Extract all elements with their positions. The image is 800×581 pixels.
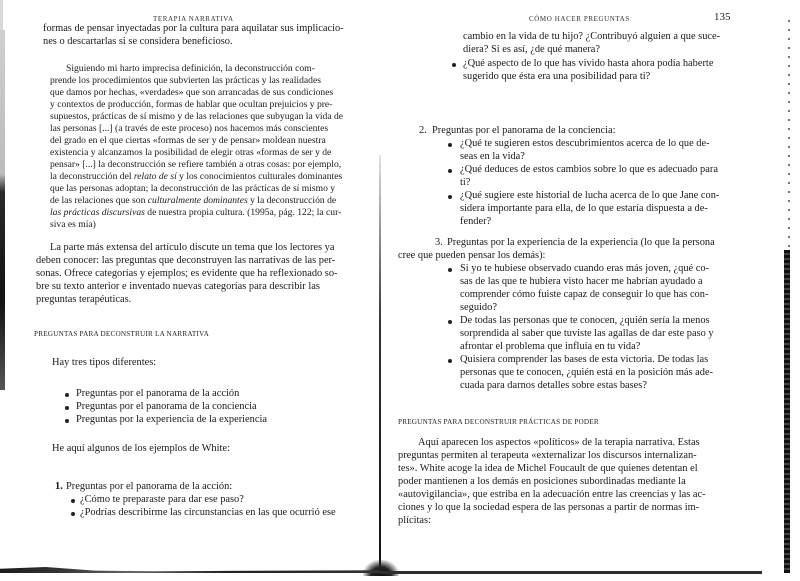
paragraph-line: sonas. Ofrece categorías y ejemplos; es …: [36, 267, 338, 280]
bullet-icon: [448, 359, 452, 363]
bullet-icon: [65, 393, 69, 397]
paragraph-line: Aquí aparecen los aspectos «políticos» d…: [418, 436, 700, 449]
list-item: Quisiera comprender las bases de esta vi…: [460, 353, 708, 366]
running-head: CÓMO HACER PREGUNTAS: [529, 15, 630, 23]
quote-line: las personas [...] (a través de este pro…: [50, 123, 328, 135]
paragraph-line: ciones y lo que la sociedad espera de la…: [398, 501, 699, 514]
bullet-icon: [448, 320, 452, 324]
bullet-icon: [448, 169, 452, 173]
examples-intro: He aquí algunos de los ejemplos de White…: [52, 442, 230, 455]
paragraph-line: deben conocer: las preguntas que deconst…: [36, 254, 335, 267]
list-item: ¿Qué deduces de estos cambios sobre lo q…: [460, 163, 718, 176]
bullet-icon: [452, 63, 456, 67]
paragraph-line: La parte más extensa del artículo discut…: [50, 241, 334, 254]
quote-line: y contextos de producción, formas de hab…: [50, 99, 332, 111]
quote-line: Siguiendo mi harto imprecisa definición,…: [66, 63, 315, 75]
list-item: ¿Qué te sugieren estos descubrimientos a…: [460, 137, 710, 150]
bullet-icon: [65, 419, 69, 423]
carryover-line: formas de pensar inyectadas por la cultu…: [43, 22, 344, 35]
list-item: personas que te conocen, ¿quién está en …: [460, 366, 713, 379]
quote-line: que las personas adoptan; la deconstrucc…: [50, 183, 335, 195]
scanned-book-spread: TERAPIA NARRATIVA formas de pensar inyec…: [0, 0, 800, 581]
list-number: 3.: [435, 236, 443, 249]
quote-line: pensar» [...] la deconstrucción se refie…: [50, 159, 341, 171]
list-number: 2.: [419, 124, 427, 137]
quote-line: las prácticas discursivas de nuestra pro…: [50, 207, 341, 219]
list-item: ¿Cómo te preparaste para dar ese paso?: [80, 493, 244, 506]
list-item: ¿Podrías describirme las circunstancias …: [80, 506, 336, 519]
paragraph-line: bre su texto anterior e inventado nuevas…: [36, 280, 320, 293]
bullet-icon: [71, 499, 75, 503]
paragraph-line: preguntas permiten al terapeuta «externa…: [398, 449, 697, 462]
list-item: ¿Qué sugiere este historial de lucha ace…: [460, 189, 719, 202]
left-page: TERAPIA NARRATIVA formas de pensar inyec…: [0, 0, 381, 581]
quote-line: la deconstrucción del relato de sí y los…: [50, 171, 342, 183]
bullet-icon: [65, 406, 69, 410]
quote-line: del grado en el que ciertas «formas de s…: [50, 135, 326, 147]
list-item: De todas las personas que te conocen, ¿q…: [460, 314, 710, 327]
bullet-icon: [448, 268, 452, 272]
intro-line: Hay tres tipos diferentes:: [52, 356, 156, 369]
list-item: Preguntas por la experiencia de la exper…: [76, 413, 267, 426]
list-item: seas en la vida?: [460, 150, 525, 163]
list-item: sidera importante para ella, de lo que e…: [460, 202, 708, 215]
list-item: ti?: [460, 176, 470, 189]
section-heading: PREGUNTAS PARA DECONSTRUIR LA NARRATIVA: [34, 330, 209, 338]
list-title: Preguntas por el panorama de la acción:: [66, 480, 232, 493]
list-title: Preguntas por la experiencia de la exper…: [447, 236, 715, 249]
paragraph-line: preguntas terapéuticas.: [36, 293, 131, 306]
quote-line: supuestos, prácticas de sí mismo y de la…: [50, 111, 343, 123]
quote-line: prende los procedimientos que subvierten…: [50, 75, 321, 87]
list-item: sas de las que te hubiera visto hacer me…: [460, 275, 703, 288]
quote-line: existencia y alcanzamos la posibilidad d…: [50, 147, 331, 159]
paragraph-line: tes». White acoge la idea de Michel Fouc…: [398, 462, 698, 475]
carryover-line: nes o descartarlas si se considera benef…: [43, 35, 233, 48]
list-item: Si yo te hubiese observado cuando eras m…: [460, 262, 709, 275]
list-item: comprender cómo fuiste capaz de consegui…: [460, 288, 708, 301]
paragraph-line: «autovigilancia», que estriba en la adec…: [398, 488, 706, 501]
bullet-icon: [71, 512, 75, 516]
carryover-line: diera? Si es así, ¿de qué manera?: [463, 43, 600, 56]
list-item: afrontar el problema que influía en tu v…: [460, 340, 640, 353]
list-title: Preguntas por el panorama de la concienc…: [432, 124, 616, 137]
quote-line: que damos por hechas, «verdades» que son…: [50, 87, 333, 99]
list-item: sugerido que ésta era una posibilidad pa…: [463, 70, 650, 83]
quote-line: de las relaciones que son culturalmente …: [50, 195, 336, 207]
list-item: ¿Qué aspecto de lo que has vivido hasta …: [463, 57, 713, 70]
quote-line: siva es mía): [50, 219, 96, 231]
page-number: 135: [714, 11, 731, 23]
bullet-icon: [448, 143, 452, 147]
paragraph-line: plícitas:: [398, 514, 431, 527]
list-item: Preguntas por el panorama de la acción: [76, 387, 239, 400]
list-item: fender?: [460, 215, 491, 228]
list-title: cree que pueden pensar los demás):: [398, 249, 545, 262]
list-item: Preguntas por el panorama de la concienc…: [76, 400, 257, 413]
bullet-icon: [448, 195, 452, 199]
list-item: cuada para darnos detalles sobre estas b…: [460, 379, 647, 392]
paragraph-line: poder mantienen a los demás en posicione…: [398, 475, 686, 488]
list-item: seguido?: [460, 301, 497, 314]
right-page: CÓMO HACER PREGUNTAS 135 cambio en la vi…: [381, 0, 800, 581]
list-number: 1.: [55, 480, 63, 493]
carryover-line: cambio en la vida de tu hijo? ¿Contribuy…: [463, 30, 720, 43]
section-heading: PREGUNTAS PARA DECONSTRUIR PRÁCTICAS DE …: [398, 418, 599, 426]
list-item: sorprendida al saber que tuviste las aga…: [460, 327, 714, 340]
